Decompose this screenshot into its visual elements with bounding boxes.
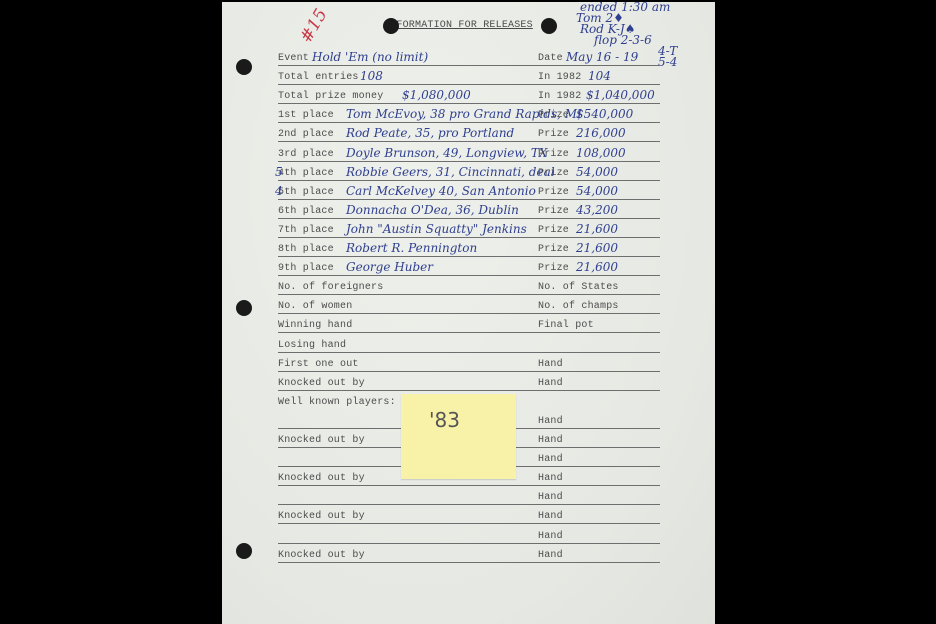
stat-label-left: Knocked out by: [278, 378, 365, 389]
place-overwrite: 4: [275, 184, 283, 198]
prize-value[interactable]: 54,000: [576, 165, 618, 179]
prize-label: Prize: [538, 244, 569, 255]
table-row-stat: Knocked out byHand: [278, 372, 660, 391]
stat-label-left: First one out: [278, 359, 359, 370]
player-label-right: Hand: [538, 492, 563, 503]
total-prize-value[interactable]: $1,080,000: [402, 88, 471, 102]
player-label-right: Hand: [538, 550, 563, 561]
hole-punch: [236, 300, 252, 316]
row-event: EventHold 'Em (no limit)DateMay 16 - 19: [278, 47, 660, 66]
prize-value[interactable]: 216,000: [576, 126, 626, 140]
table-row-stat: Losing hand: [278, 334, 660, 353]
entries-1982-value[interactable]: 104: [588, 69, 611, 83]
player-label-right: Hand: [538, 511, 563, 522]
table-row-place: 7th placeJohn "Austin Squatty" JenkinsPr…: [278, 219, 660, 238]
player-label-left: Knocked out by: [278, 511, 365, 522]
prize-label: Prize: [538, 225, 569, 236]
place-label: 4th place: [278, 168, 334, 179]
player-label-right: Hand: [538, 435, 563, 446]
hole-punch: [236, 59, 252, 75]
entries-1982-label: In 1982: [538, 72, 581, 83]
prize-1982-label: In 1982: [538, 91, 581, 102]
prize-label: Prize: [538, 168, 569, 179]
date-label: Date: [538, 53, 563, 64]
stat-label-right: No. of States: [538, 282, 619, 293]
prize-label: Prize: [538, 129, 569, 140]
place-label: 8th place: [278, 244, 334, 255]
table-row-player: Knocked out byHand: [278, 505, 660, 524]
stat-label-left: Losing hand: [278, 340, 346, 351]
stat-label-right: No. of champs: [538, 301, 619, 312]
stat-label-right: Hand: [538, 359, 563, 370]
stat-label-left: No. of foreigners: [278, 282, 383, 293]
table-row-player: Hand: [278, 486, 660, 505]
place-label: 5th place: [278, 187, 334, 198]
place-label: 9th place: [278, 263, 334, 274]
stat-label-left: No. of women: [278, 301, 352, 312]
table-row-player: Hand: [278, 525, 660, 544]
stat-label-right: Hand: [538, 378, 563, 389]
player-label-left: Knocked out by: [278, 550, 365, 561]
row-total-entries: Total entries108In 1982104: [278, 66, 660, 85]
prize-value[interactable]: 43,200: [576, 203, 618, 217]
player-label-right: Hand: [538, 416, 563, 427]
stat-label-left: Winning hand: [278, 320, 352, 331]
place-label: 3rd place: [278, 149, 334, 160]
place-label: 2nd place: [278, 129, 334, 140]
place-name[interactable]: Carl McKelvey 40, San Antonio: [346, 184, 536, 198]
table-row-stat: No. of foreignersNo. of States: [278, 276, 660, 295]
prize-label: Prize: [538, 149, 569, 160]
place-label: 6th place: [278, 206, 334, 217]
prize-label: Prize: [538, 110, 569, 121]
player-label-left: Knocked out by: [278, 435, 365, 446]
place-name[interactable]: Robert R. Pennington: [346, 241, 477, 255]
table-row-place: 6th placeDonnacha O'Dea, 36, DublinPrize…: [278, 200, 660, 219]
corner-note: flop 2-3-6: [594, 35, 706, 46]
total-entries-value[interactable]: 108: [360, 69, 383, 83]
well-known-label: Well known players:: [278, 397, 396, 408]
event-value[interactable]: Hold 'Em (no limit): [312, 50, 428, 64]
prize-value[interactable]: $540,000: [576, 107, 633, 121]
hole-punch: [236, 543, 252, 559]
prize-1982-value[interactable]: $1,040,000: [586, 88, 655, 102]
place-name[interactable]: Robbie Geers, 31, Cincinnati, deal: [346, 165, 555, 179]
sticky-note: '83: [401, 394, 516, 479]
table-row-stat: No. of womenNo. of champs: [278, 295, 660, 314]
prize-value[interactable]: 21,600: [576, 241, 618, 255]
table-row-place: 5th place4Carl McKelvey 40, San AntonioP…: [278, 181, 660, 200]
prize-label: Prize: [538, 187, 569, 198]
table-row-place: 1st placeTom McEvoy, 38 pro Grand Rapids…: [278, 104, 660, 123]
total-entries-label: Total entries: [278, 72, 359, 83]
hole-punch: [541, 18, 557, 34]
prize-value[interactable]: 21,600: [576, 222, 618, 236]
table-row-place: 9th placeGeorge HuberPrize21,600: [278, 257, 660, 276]
total-prize-label: Total prize money: [278, 91, 383, 102]
place-name[interactable]: Donnacha O'Dea, 36, Dublin: [346, 203, 519, 217]
form-heading: INFORMATION FOR RELEASES: [384, 20, 533, 31]
sticky-note-text: '83: [429, 408, 460, 432]
prize-value[interactable]: 21,600: [576, 260, 618, 274]
table-row-player: Knocked out byHand: [278, 544, 660, 563]
row-total-prize: Total prize money$1,080,000In 1982$1,040…: [278, 85, 660, 104]
player-label-right: Hand: [538, 531, 563, 542]
place-overwrite: 5: [275, 165, 283, 179]
place-name[interactable]: Doyle Brunson, 49, Longview, TX: [346, 146, 547, 160]
prize-label: Prize: [538, 263, 569, 274]
table-row-stat: Winning handFinal pot: [278, 314, 660, 333]
place-name[interactable]: John "Austin Squatty" Jenkins: [346, 222, 527, 236]
player-label-right: Hand: [538, 473, 563, 484]
prize-value[interactable]: 54,000: [576, 184, 618, 198]
table-row-place: 4th place5Robbie Geers, 31, Cincinnati, …: [278, 162, 660, 181]
table-row-place: 3rd placeDoyle Brunson, 49, Longview, TX…: [278, 143, 660, 162]
date-value[interactable]: May 16 - 19: [566, 50, 638, 64]
player-label-right: Hand: [538, 454, 563, 465]
event-label: Event: [278, 53, 309, 64]
place-name[interactable]: George Huber: [346, 260, 433, 274]
stat-label-right: Final pot: [538, 320, 594, 331]
prize-value[interactable]: 108,000: [576, 146, 626, 160]
table-row-place: 2nd placeRod Peate, 35, pro PortlandPriz…: [278, 123, 660, 142]
place-label: 7th place: [278, 225, 334, 236]
table-row-stat: First one outHand: [278, 353, 660, 372]
hole-punch: [383, 18, 399, 34]
player-label-left: Knocked out by: [278, 473, 365, 484]
place-label: 1st place: [278, 110, 334, 121]
rule-line: [278, 562, 660, 563]
place-name[interactable]: Rod Peate, 35, pro Portland: [346, 126, 514, 140]
table-row-place: 8th placeRobert R. PenningtonPrize21,600: [278, 238, 660, 257]
corner-note: 5-4: [658, 57, 706, 68]
prize-label: Prize: [538, 206, 569, 217]
